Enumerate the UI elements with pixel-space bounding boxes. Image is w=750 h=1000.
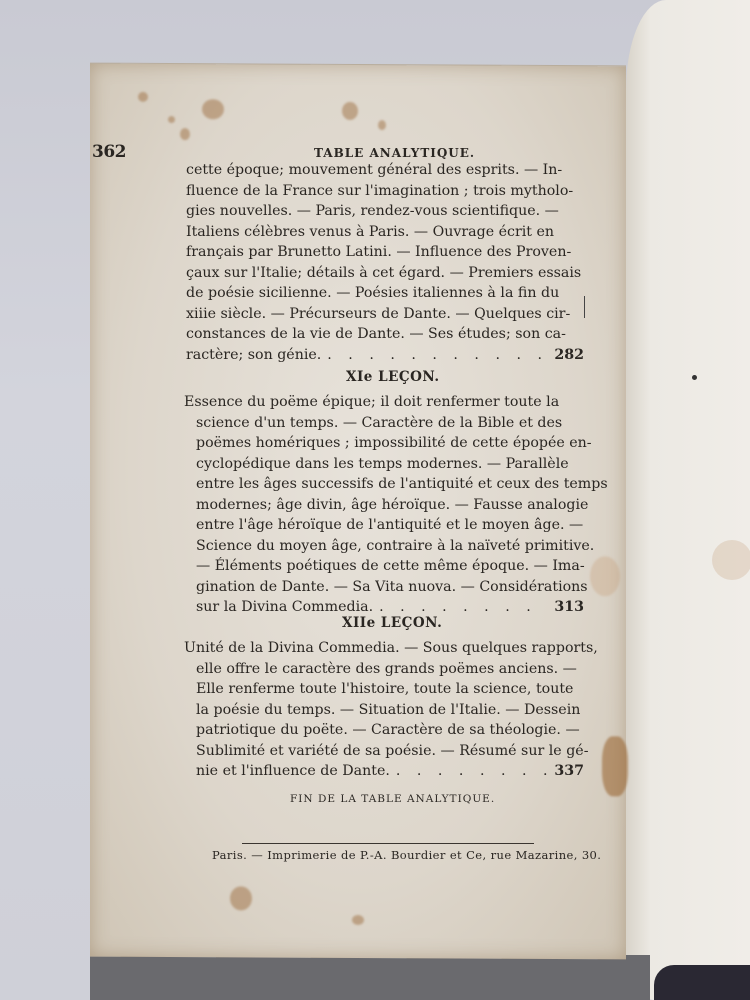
page-reference: 337 bbox=[554, 761, 584, 782]
entry-line: xiiie siècle. — Précurseurs de Dante. — … bbox=[186, 304, 584, 325]
entry-line: science d'un temps. — Caractère de la Bi… bbox=[184, 413, 584, 434]
page-text: 362 TABLE ANALYTIQUE. cette époque; mouv… bbox=[0, 0, 750, 1000]
page-reference: 313 bbox=[554, 597, 584, 618]
entry-line: Italiens célèbres venus à Paris. — Ouvra… bbox=[186, 222, 584, 243]
margin-mark bbox=[584, 296, 585, 318]
page-number: 362 bbox=[92, 142, 126, 162]
leader-dots: . . . . . . . . . . . . . . . . . . . . … bbox=[327, 345, 548, 366]
entry-line: elle offre le caractère des grands poëme… bbox=[184, 659, 584, 680]
entry-line: entre l'âge héroïque de l'antiquité et l… bbox=[184, 515, 584, 536]
entry-line-text: nie et l'influence de Dante. bbox=[196, 761, 390, 782]
entry-line: fluence de la France sur l'imagination ;… bbox=[186, 181, 584, 202]
entry-line: gination de Dante. — Sa Vita nuova. — Co… bbox=[184, 577, 584, 598]
entry-line-text: ractère; son génie. bbox=[186, 345, 321, 366]
entry-line: la poésie du temps. — Situation de l'Ita… bbox=[184, 700, 584, 721]
toc-entry: Essence du poëme épique; il doit renferm… bbox=[184, 392, 584, 618]
entry-line: de poésie sicilienne. — Poésies italienn… bbox=[186, 283, 584, 304]
toc-entry: Unité de la Divina Commedia. — Sous quel… bbox=[184, 638, 584, 782]
entry-line: modernes; âge divin, âge héroïque. — Fau… bbox=[184, 495, 584, 516]
toc-entry: cette époque; mouvement général des espr… bbox=[186, 160, 584, 365]
entry-line: Sublimité et variété de sa poésie. — Rés… bbox=[184, 741, 584, 762]
leader-dots: . . . . . . . . . . . . . . . . . . . . … bbox=[396, 761, 549, 782]
printer-imprint: Paris. — Imprimerie de P.-A. Bourdier et… bbox=[212, 848, 601, 862]
entry-line: patriotique du poëte. — Caractère de sa … bbox=[184, 720, 584, 741]
entry-line: — Éléments poétiques de cette même époqu… bbox=[184, 556, 584, 577]
entry-line: cette époque; mouvement général des espr… bbox=[186, 160, 584, 181]
section-heading: XIIe LEÇON. bbox=[342, 615, 442, 631]
divider-rule bbox=[242, 843, 534, 844]
entry-last-line: ractère; son génie. . . . . . . . . . . … bbox=[186, 345, 584, 366]
running-head: TABLE ANALYTIQUE. bbox=[314, 146, 475, 160]
entry-line: Elle renferme toute l'histoire, toute la… bbox=[184, 679, 584, 700]
entry-line: entre les âges successifs de l'antiquité… bbox=[184, 474, 584, 495]
entry-line: poëmes homériques ; impossibilité de cet… bbox=[184, 433, 584, 454]
entry-last-line: nie et l'influence de Dante. . . . . . .… bbox=[184, 761, 584, 782]
entry-line: çaux sur l'Italie; détails à cet égard. … bbox=[186, 263, 584, 284]
end-note: FIN DE LA TABLE ANALYTIQUE. bbox=[290, 793, 495, 805]
entry-line: cyclopédique dans les temps modernes. — … bbox=[184, 454, 584, 475]
page-reference: 282 bbox=[554, 345, 584, 366]
section-heading: XIe LEÇON. bbox=[346, 369, 440, 385]
entry-line: Essence du poëme épique; il doit renferm… bbox=[184, 392, 584, 413]
entry-line: Unité de la Divina Commedia. — Sous quel… bbox=[184, 638, 584, 659]
entry-line: constances de la vie de Dante. — Ses étu… bbox=[186, 324, 584, 345]
entry-line: gies nouvelles. — Paris, rendez-vous sci… bbox=[186, 201, 584, 222]
entry-line: Science du moyen âge, contraire à la naï… bbox=[184, 536, 584, 557]
entry-line: français par Brunetto Latini. — Influenc… bbox=[186, 242, 584, 263]
